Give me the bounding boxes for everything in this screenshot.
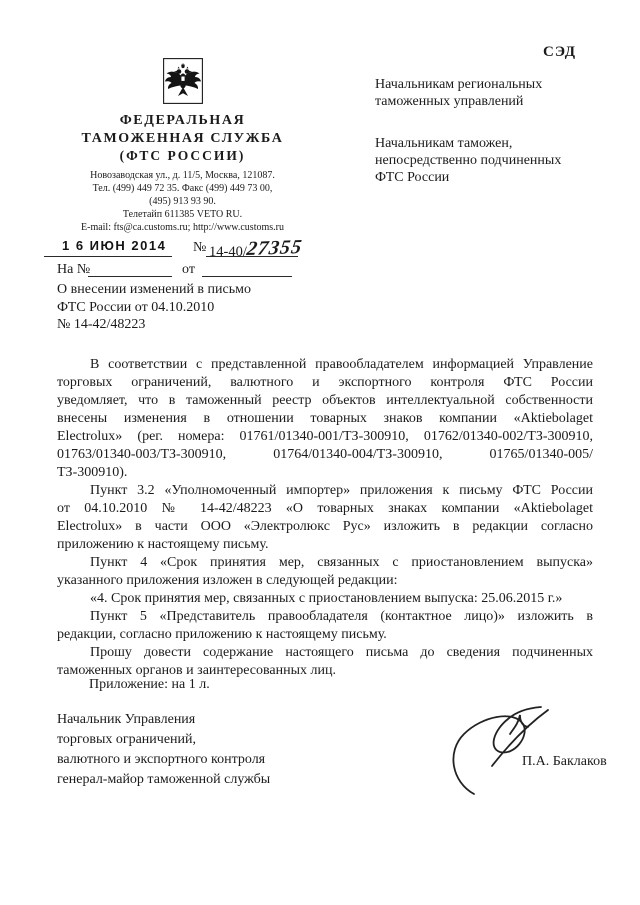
org-name-line: ТАМОЖЕННАЯ СЛУЖБА: [10, 130, 355, 148]
recipient-line: таможенных управлений: [375, 93, 605, 110]
letter-body: В соответствии с представленной правообл…: [57, 356, 593, 680]
body-text-line: Прошу довести содержание настоящего пись…: [57, 644, 593, 662]
address-line: Новозаводская ул., д. 11/5, Москва, 1210…: [10, 169, 355, 182]
recipient-line: Начальникам региональных: [375, 76, 605, 93]
signatory-position-line: Начальник Управления: [57, 710, 377, 730]
subject-line: О внесении изменений в письмо: [57, 281, 357, 299]
reply-to-number-label: На №: [57, 262, 90, 278]
body-text-line: Electrolux» в части ООО «Электролюкс Рус…: [57, 518, 593, 536]
signatory-position-line: генерал-майор таможенной службы: [57, 770, 377, 790]
body-text-line: Пункт 3.2 «Уполномоченный импортер» прил…: [57, 482, 593, 500]
signatory-position-line: торговых ограничений,: [57, 730, 377, 750]
body-text-line: указанного приложения изложен в следующе…: [57, 572, 593, 590]
recipient-line: ФТС России: [375, 169, 605, 186]
signatory-position-block: Начальник Управленияторговых ограничений…: [57, 710, 377, 790]
body-text-line: «4. Срок принятия мер, связанных с приос…: [57, 590, 593, 608]
body-text-line: В соответствии с представленной правообл…: [57, 356, 593, 374]
reply-number-underline: [88, 276, 172, 277]
body-text-line: редакции, согласно приложению к настояще…: [57, 626, 593, 644]
date-underline: [44, 256, 172, 257]
reply-date-underline: [202, 276, 292, 277]
coat-of-arms-icon: [163, 58, 203, 104]
recipient-line: Начальникам таможен,: [375, 135, 605, 152]
body-text-line: уведомляет, что в таможенный реестр объе…: [57, 392, 593, 410]
outgoing-number-typed: 14-40/: [209, 244, 247, 260]
outgoing-number: 14-40/27355: [209, 239, 302, 262]
org-name-line: ФЕДЕРАЛЬНАЯ: [10, 112, 355, 130]
signature-icon: [444, 700, 594, 805]
signatory-position-line: валютного и экспортного контроля: [57, 750, 377, 770]
body-text-line: торговых ограничений, валютного и экспор…: [57, 374, 593, 392]
body-text-line: внесены изменения в отношении товарных з…: [57, 410, 593, 428]
org-address-block: Новозаводская ул., д. 11/5, Москва, 1210…: [10, 169, 355, 234]
subject-line: ФТС России от 04.10.2010: [57, 299, 357, 317]
outgoing-number-handwritten: 27355: [245, 236, 304, 261]
body-text-line: Electrolux» (рег. номера: 01761/01340-00…: [57, 428, 593, 446]
body-text-line: Пункт 4 «Срок принятия мер, связанных с …: [57, 554, 593, 572]
number-sign: №: [193, 240, 206, 256]
scanned-letter-page: СЭД: [0, 0, 640, 905]
address-line: Телетайп 611385 VETO RU.: [10, 208, 355, 221]
body-text-line: 01763/01340-003/ТЗ-300910, 01764/01340-0…: [57, 446, 593, 464]
body-text-line: ТЗ-300910).: [57, 464, 593, 482]
recipients-block-2: Начальникам таможен,непосредственно подч…: [375, 135, 605, 186]
reply-date-label: от: [182, 262, 195, 278]
number-underline: [206, 256, 298, 257]
subject-block: О внесении изменений в письмоФТС России …: [57, 281, 357, 334]
address-line: E-mail: fts@ca.customs.ru; http://www.cu…: [10, 221, 355, 234]
subject-line: № 14-42/48223: [57, 316, 357, 334]
recipients-block-1: Начальникам региональныхтаможенных управ…: [375, 76, 605, 110]
body-text-line: от 04.10.2010 № 14-42/48223 «О товарных …: [57, 500, 593, 518]
date-stamp: 1 6 ИЮН 2014: [62, 238, 166, 253]
org-name: ФЕДЕРАЛЬНАЯТАМОЖЕННАЯ СЛУЖБА: [10, 112, 355, 148]
sed-corner-label: СЭД: [543, 44, 576, 61]
body-text-line: приложению к настоящему письму.: [57, 536, 593, 554]
address-line: Тел. (499) 449 72 35. Факс (499) 449 73 …: [10, 182, 355, 195]
body-text-line: Пункт 5 «Представитель правообладателя (…: [57, 608, 593, 626]
org-short-name: (ФТС РОССИИ): [10, 148, 355, 164]
attachment-line: Приложение: на 1 л.: [89, 677, 210, 693]
recipient-line: непосредственно подчиненных: [375, 152, 605, 169]
address-line: (495) 913 93 90.: [10, 195, 355, 208]
